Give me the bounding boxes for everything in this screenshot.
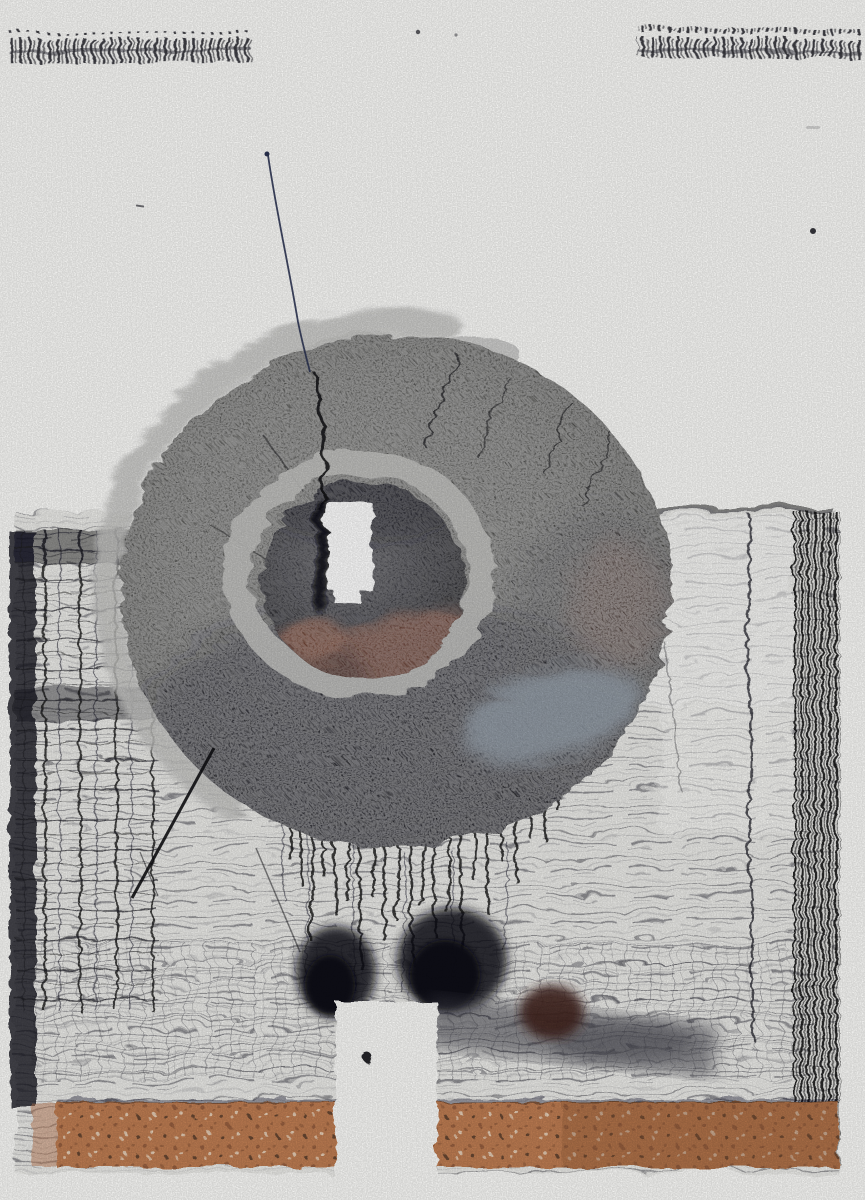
grain-overlay: [0, 0, 865, 1200]
artwork-canvas: [0, 0, 865, 1200]
artwork: [0, 0, 865, 1200]
